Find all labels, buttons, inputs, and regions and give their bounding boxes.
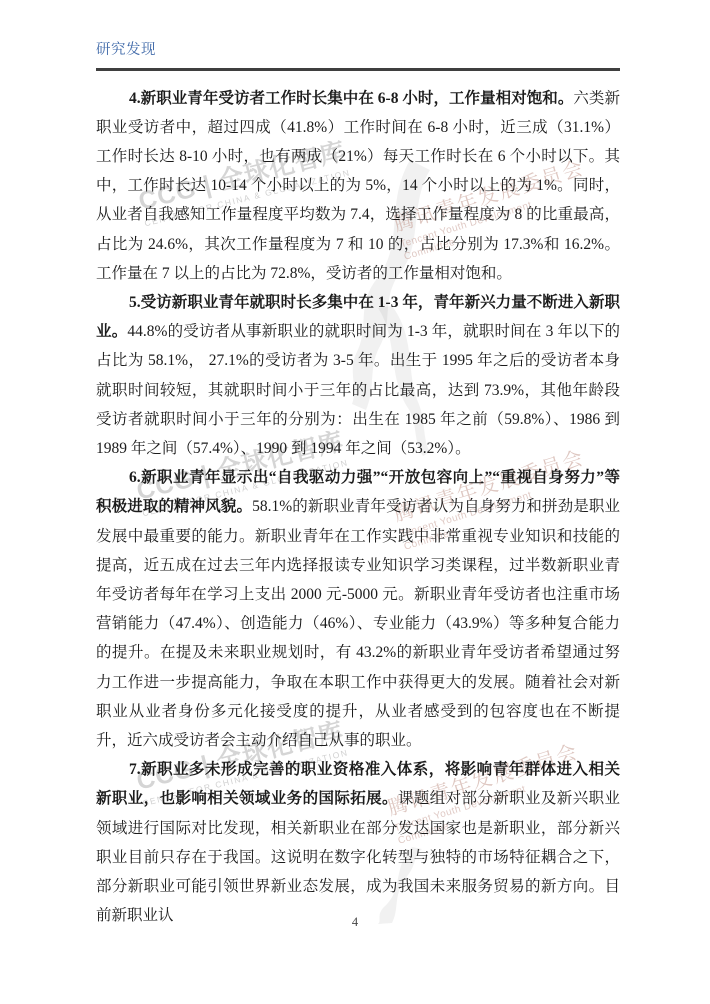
paragraph-finding-4: 4.新职业青年受访者工作时长集中在 6-8 小时，工作量相对饱和。六类新职业受访… (96, 84, 620, 288)
paragraph-finding-7-body: 课题组对部分新职业及新兴职业领域进行国际对比发现，相关新职业在部分发达国家也是新… (96, 790, 620, 924)
section-title: 研究发现 (96, 38, 620, 59)
paragraph-finding-4-body: 六类新职业受访者中，超过四成（41.8%）工作时间在 6-8 小时，近三成（31… (96, 90, 620, 282)
report-body: 4.新职业青年受访者工作时长集中在 6-8 小时，工作量相对饱和。六类新职业受访… (96, 84, 620, 931)
paragraph-finding-4-lead: 4.新职业青年受访者工作时长集中在 6-8 小时，工作量相对饱和。 (129, 90, 573, 107)
page-content: 研究发现 4.新职业青年受访者工作时长集中在 6-8 小时，工作量相对饱和。六类… (96, 38, 620, 930)
header-rule (96, 68, 620, 71)
document-page: CCG | 全球化智库 CENTER FOR CHINA & GLOBALIZA… (0, 0, 710, 1004)
paragraph-finding-5-body: 44.8%的受访者从事新职业的就职时间为 1-3 年，就职时间在 3 年以下的占… (96, 323, 620, 457)
page-number: 4 (0, 915, 710, 930)
paragraph-finding-7: 7.新职业多未形成完善的职业资格准入体系，将影响青年群体进入相关新职业，也影响相… (96, 755, 620, 930)
paragraph-finding-6: 6.新职业青年显示出“自我驱动力强”“开放包容向上”“重视自身努力”等积极进取的… (96, 463, 620, 755)
paragraph-finding-6-body: 58.1%的新职业青年受访者认为自身努力和拼劲是职业发展中最重要的能力。新职业青… (96, 498, 620, 749)
paragraph-finding-5: 5.受访新职业青年就职时长多集中在 1-3 年，青年新兴力量不断进入新职业。44… (96, 288, 620, 463)
